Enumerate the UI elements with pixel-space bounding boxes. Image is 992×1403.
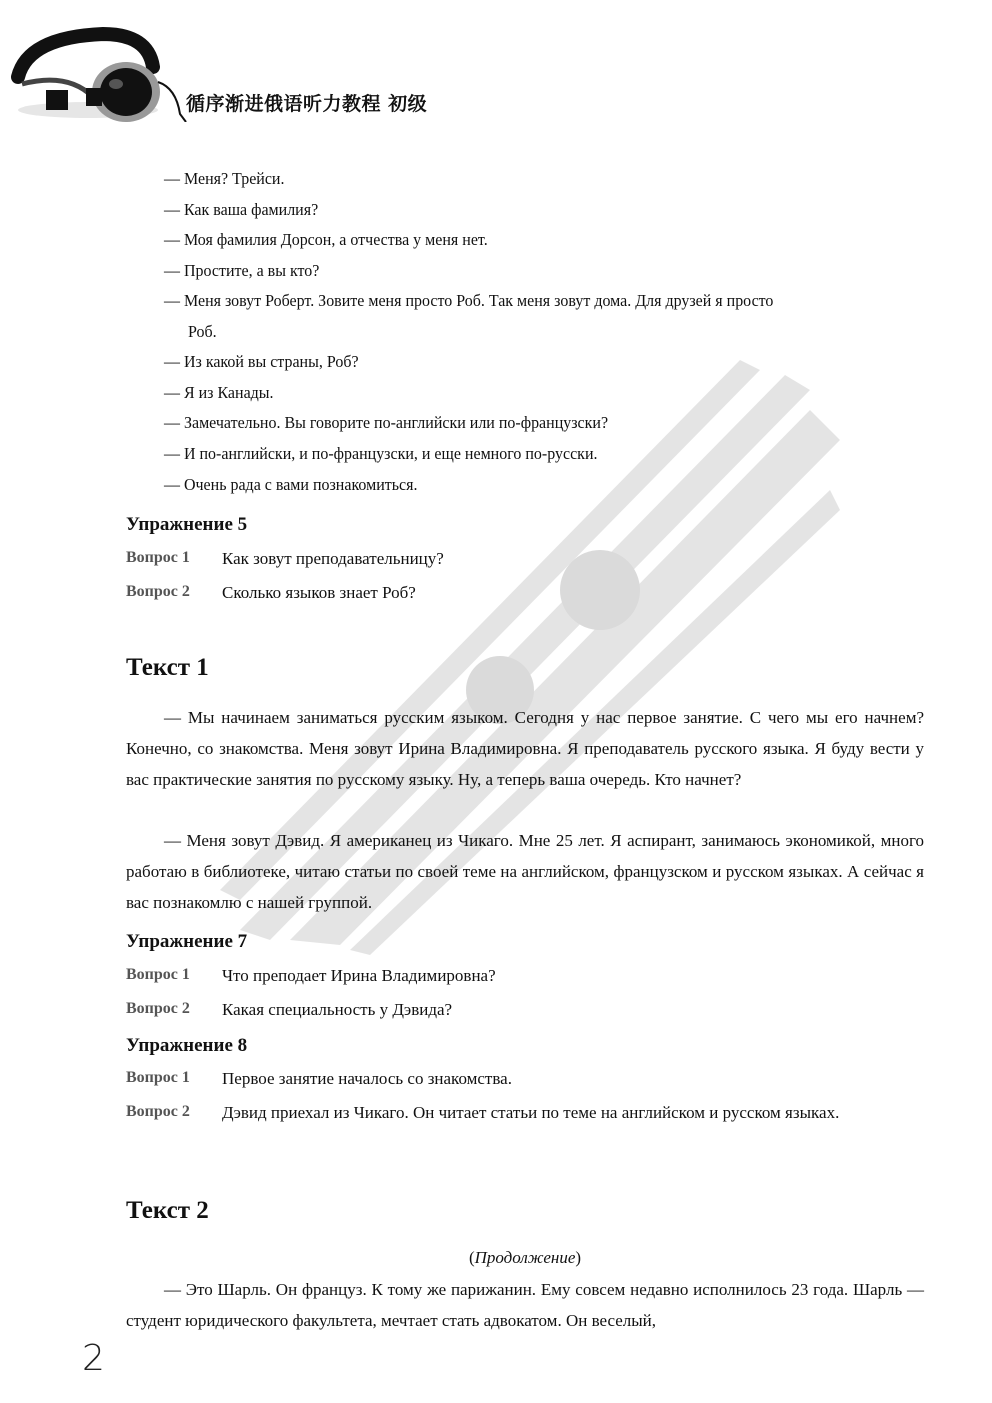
question-text: Первое занятие началось со знакомства. <box>222 1069 512 1089</box>
text-1-paragraph: — Мы начинаем заниматься русским языком.… <box>126 702 924 795</box>
text-1-paragraph: — Меня зовут Дэвид. Я американец из Чика… <box>126 825 924 918</box>
question-text: Как зовут преподавательницу? <box>222 549 444 569</box>
exercise-8-question-2: Вопрос 2 Дэвид приехал из Чикаго. Он чит… <box>126 1103 926 1123</box>
question-label: Вопрос 1 <box>126 966 222 986</box>
dialogue-line: — Простите, а вы кто? <box>164 255 319 286</box>
exercise-7-question-1: Вопрос 1 Что преподает Ирина Владимировн… <box>126 966 496 986</box>
exercise-5-title: Упражнение 5 <box>126 514 247 536</box>
question-text: Дэвид приехал из Чикаго. Он читает стать… <box>222 1103 926 1123</box>
paren-close: ) <box>575 1248 581 1267</box>
exercise-8-question-1: Вопрос 1 Первое занятие началось со знак… <box>126 1069 512 1089</box>
question-text: Что преподает Ирина Владимировна? <box>222 966 496 986</box>
dialogue-line: — И по-английски, и по-французски, и еще… <box>164 438 598 469</box>
dialogue-line: — Очень рада с вами познакомиться. <box>164 469 417 500</box>
dialogue-line: — Как ваша фамилия? <box>164 194 318 225</box>
question-label: Вопрос 2 <box>126 1000 222 1020</box>
dialogue-line: — Замечательно. Вы говорите по-английски… <box>164 407 608 438</box>
exercise-8-title: Упражнение 8 <box>126 1035 247 1057</box>
dialogue-line: — Из какой вы страны, Роб? <box>164 346 359 377</box>
text-1-title: Текст 1 <box>126 654 209 682</box>
text-2-paragraph: — Это Шарль. Он француз. К тому же париж… <box>126 1274 924 1336</box>
question-label: Вопрос 2 <box>126 583 222 603</box>
dialogue-line: — Меня зовут Роберт. Зовите меня просто … <box>164 285 773 316</box>
question-label: Вопрос 2 <box>126 1103 222 1123</box>
page-number: 2 <box>82 1338 105 1379</box>
dialogue-line: — Меня? Трейси. <box>164 163 284 194</box>
question-label: Вопрос 1 <box>126 549 222 569</box>
continuation-label: Продолжение <box>475 1248 576 1267</box>
dialogue-line: — Я из Канады. <box>164 377 274 408</box>
continuation-note: (Продолжение) <box>126 1248 924 1268</box>
exercise-5-question-2: Вопрос 2 Сколько языков знает Роб? <box>126 583 416 603</box>
question-text: Какая специальность у Дэвида? <box>222 1000 452 1020</box>
question-text: Сколько языков знает Роб? <box>222 583 416 603</box>
book-title: 循序渐进俄语听力教程 初级 <box>186 89 427 116</box>
exercise-7-question-2: Вопрос 2 Какая специальность у Дэвида? <box>126 1000 452 1020</box>
text-2-title: Текст 2 <box>126 1197 209 1225</box>
dialogue-line: Роб. <box>188 316 217 347</box>
page-header: 循序渐进俄语听力教程 初级 <box>0 0 460 120</box>
exercise-7-title: Упражнение 7 <box>126 931 247 953</box>
headphones-icon <box>8 22 188 122</box>
dialogue-line: — Моя фамилия Дорсон, а отчества у меня … <box>164 224 488 255</box>
exercise-5-question-1: Вопрос 1 Как зовут преподавательницу? <box>126 549 444 569</box>
question-label: Вопрос 1 <box>126 1069 222 1089</box>
